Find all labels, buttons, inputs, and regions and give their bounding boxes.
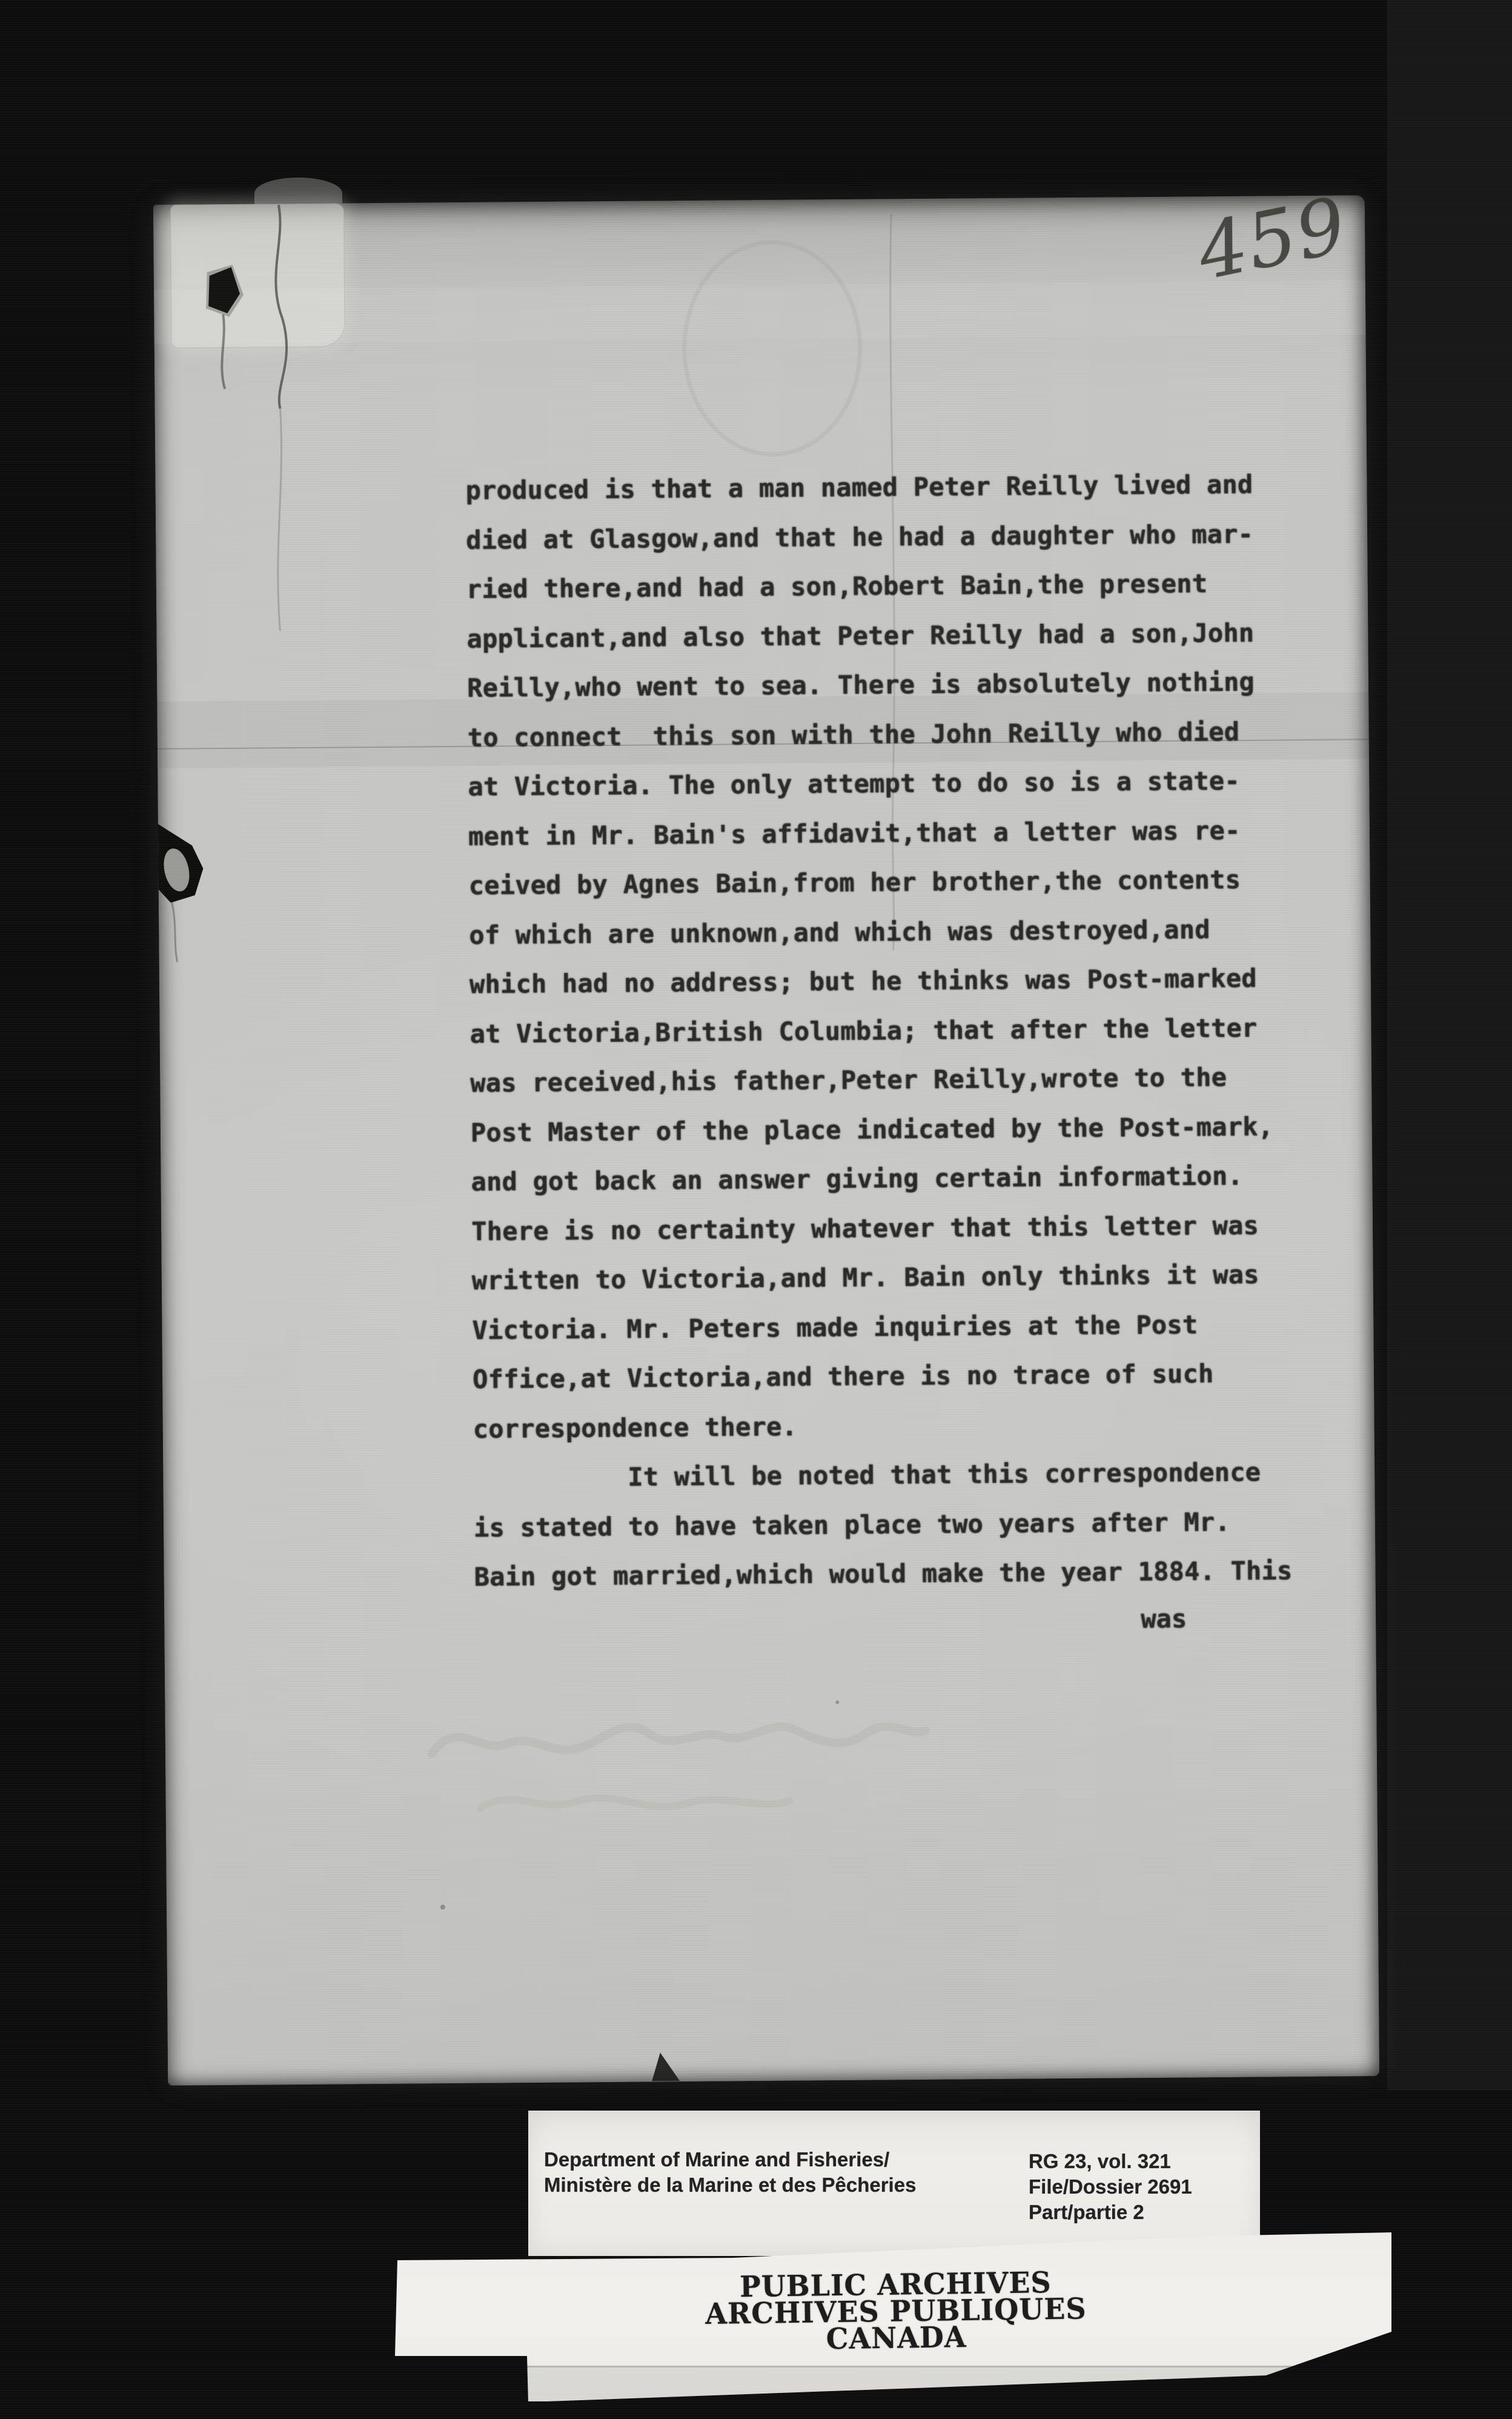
typewritten-line: It will be noted that this correspondenc… — [473, 1447, 1322, 1503]
typewritten-line: Post Master of the place indicated by th… — [471, 1101, 1319, 1157]
typewritten-line: was received,his father,Peter Reilly,wro… — [470, 1052, 1319, 1108]
film-background-band — [1387, 0, 1512, 2091]
typewritten-line: to connect this son with the John Reilly… — [467, 706, 1316, 762]
typewritten-line: ried there,and had a son,Robert Bain,the… — [466, 558, 1315, 614]
typewritten-line: Office,at Victoria,and there is no trace… — [472, 1348, 1321, 1404]
watermark-ghost — [683, 242, 861, 455]
public-archives-stamp: PUBLIC ARCHIVES ARCHIVES PUBLIQUES CANAD… — [394, 2264, 1398, 2358]
typewritten-line: which had no address; but he thinks was … — [469, 953, 1318, 1009]
rg-volume-label: RG 23, vol. 321 — [1029, 2149, 1192, 2174]
typewritten-line: produced is that a man named Peter Reill… — [465, 459, 1314, 515]
stamp-strip-foot-shading — [395, 2367, 1393, 2403]
bottom-tear-mark — [652, 2052, 680, 2081]
typewritten-line: of which are unknown,and which was destr… — [469, 903, 1318, 959]
document-page: 459 produced is that a man named Peter R… — [153, 195, 1379, 2086]
archive-reference-label: Department of Marine and Fisheries/ Mini… — [528, 2111, 1260, 2256]
ghost-handwriting-2 — [481, 1796, 790, 1808]
typewritten-line: There is no certainty whatever that this… — [471, 1200, 1320, 1256]
tear-tail — [172, 903, 177, 962]
typewritten-line: at Victoria,British Columbia; that after… — [469, 1002, 1318, 1058]
typewritten-line: ment in Mr. Bain's affidavit,that a lett… — [468, 805, 1317, 860]
typewritten-line: written to Victoria,and Mr. Bain only th… — [471, 1249, 1320, 1305]
catchword: was — [1141, 1604, 1187, 1634]
typewritten-line: Victoria. Mr. Peters made inquiries at t… — [472, 1299, 1321, 1354]
light-band — [154, 280, 1366, 344]
typewritten-line: Bain got married,which would make the ye… — [474, 1546, 1322, 1602]
paper-speck — [440, 1905, 445, 1909]
typewritten-line: died at Glasgow,and that he had a daught… — [466, 508, 1315, 564]
part-label: Part/partie 2 — [1029, 2200, 1192, 2225]
department-label: Department of Marine and Fisheries/ Mini… — [544, 2147, 916, 2198]
department-label-en: Department of Marine and Fisheries/ — [544, 2147, 916, 2172]
stamp-strip-seam — [395, 2366, 1393, 2367]
department-label-fr: Ministère de la Marine et des Pêcheries — [544, 2172, 916, 2198]
typewritten-line: applicant,and also that Peter Reilly had… — [466, 607, 1315, 663]
paper-speck — [835, 1700, 839, 1704]
typewritten-line: ceived by Agnes Bain,from her brother,th… — [468, 854, 1317, 910]
typewritten-line: correspondence there. — [472, 1397, 1321, 1453]
file-dossier-label: File/Dossier 2691 — [1029, 2174, 1192, 2200]
typewritten-line: Reilly,who went to sea. There is absolut… — [467, 657, 1316, 713]
ghost-handwriting — [432, 1725, 926, 1754]
typewritten-line: and got back an answer giving certain in… — [471, 1151, 1319, 1206]
typewritten-line: at Victoria. The only attempt to do so i… — [468, 756, 1316, 811]
typewritten-text: produced is that a man named Peter Reill… — [465, 459, 1322, 1602]
typewritten-line: is stated to have taken place two years … — [474, 1496, 1322, 1552]
archive-microfilm-scan: 459 produced is that a man named Peter R… — [0, 0, 1512, 2419]
reference-numbers-label: RG 23, vol. 321 File/Dossier 2691 Part/p… — [1029, 2149, 1192, 2225]
paper-tear-crack-faint — [277, 408, 283, 631]
